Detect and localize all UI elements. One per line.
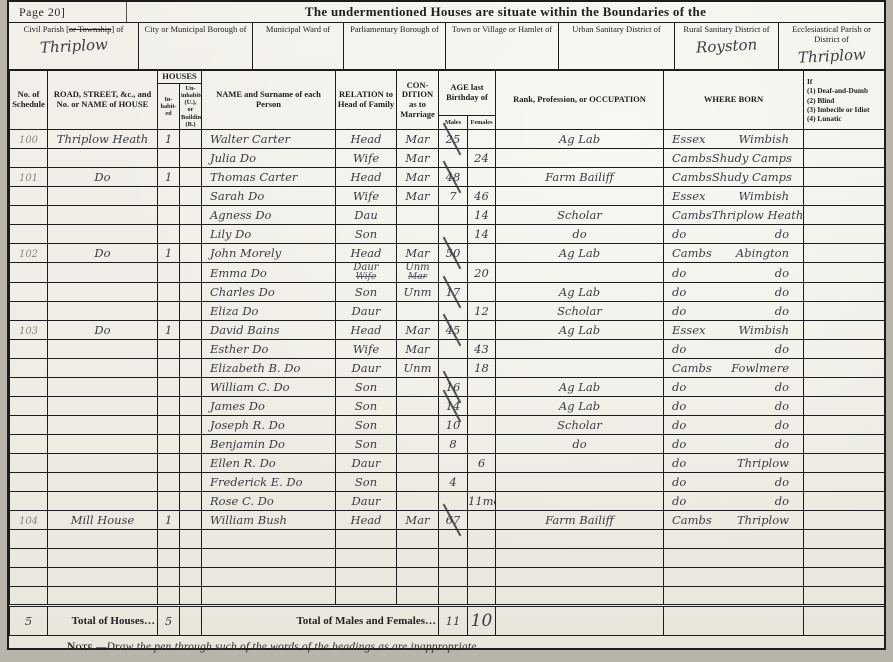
cell-disability	[804, 359, 885, 378]
cell-houses-uninhabited	[180, 568, 202, 587]
cell-age-female: 6	[468, 454, 496, 473]
cell-where-born	[664, 549, 804, 568]
handwritten-ecclesiastical-parish: Thriplow	[797, 45, 866, 67]
cell-where-born: CambsThriplow Heath	[664, 206, 804, 225]
where-born-parts: EssexWimbish	[664, 132, 803, 146]
cell-road-house	[48, 530, 158, 549]
cell-houses-uninhabited	[180, 225, 202, 244]
cell-relation: Wife	[336, 149, 397, 168]
cell-relation: Son	[336, 397, 397, 416]
cell-houses-inhabited	[158, 149, 180, 168]
cell-houses-inhabited	[158, 283, 180, 302]
born-county: Cambs	[672, 208, 712, 222]
handwritten-text: Daur	[352, 361, 381, 375]
cell-age-female: 12	[468, 302, 496, 321]
cell-schedule-number: 104	[10, 511, 48, 530]
cell-relation: Son	[336, 225, 397, 244]
cell-occupation: Ag Lab	[496, 378, 664, 397]
where-born-parts: CambsShudy Camps	[664, 170, 803, 184]
handwritten-text: Unm	[403, 361, 431, 375]
cell-age-female: 11mo	[468, 492, 496, 511]
where-born-parts: CambsThriplow	[664, 513, 803, 527]
cell-schedule-number	[10, 378, 48, 397]
where-born-parts: dodo	[664, 285, 803, 299]
cell-schedule-number	[10, 473, 48, 492]
handwritten-text: James Do	[210, 399, 265, 413]
cell-road-house	[48, 263, 158, 283]
handwritten-text: 104	[19, 516, 38, 527]
boundary-label: Parliamentary Borough of	[350, 25, 439, 35]
cell-schedule-number	[10, 302, 48, 321]
cell-age-male	[439, 149, 468, 168]
cell-age-male	[439, 359, 468, 378]
cell-age-female	[468, 587, 496, 606]
cell-road-house	[48, 359, 158, 378]
handwritten-text: 14	[474, 227, 489, 241]
handwritten-text: Farm Bailiff	[545, 170, 614, 184]
handwritten-text: 8	[449, 437, 456, 451]
handwritten-text: 48	[446, 170, 461, 184]
where-born-parts: CambsAbington	[664, 246, 803, 260]
cell-age-male: 50	[439, 244, 468, 263]
col-header-inhabited: In-habit-ed	[158, 83, 180, 129]
handwritten-text: 11mo	[468, 494, 496, 508]
handwritten-text: Ag Lab	[559, 285, 600, 299]
cell-disability	[804, 397, 885, 416]
handwritten-text: Ag Lab	[559, 132, 600, 146]
cell-person-name	[202, 568, 336, 587]
boundary-label: Civil Parish [or Township] of	[24, 25, 124, 35]
born-place: Thriplow	[737, 456, 789, 470]
cell-occupation	[496, 263, 664, 283]
cell-condition	[397, 454, 439, 473]
cell-houses-uninhabited	[180, 549, 202, 568]
footer-note: Note.—Draw the pen through such of the w…	[9, 636, 884, 653]
cell-condition	[397, 225, 439, 244]
cell-condition	[397, 378, 439, 397]
born-place: Thriplow Heath	[712, 208, 803, 222]
cell-road-house	[48, 549, 158, 568]
cell-occupation: Scholar	[496, 206, 664, 225]
handwritten-text: Head	[350, 246, 381, 260]
cell-houses-uninhabited	[180, 530, 202, 549]
cell-person-name: Rose C. Do	[202, 492, 336, 511]
handwritten-text: Elizabeth B. Do	[210, 361, 300, 375]
label-post: ] of	[111, 24, 123, 34]
born-county: Essex	[672, 189, 706, 203]
cell-houses-inhabited: 1	[158, 244, 180, 263]
cell-relation: Head	[336, 130, 397, 149]
top-strip: Page 20] The undermentioned Houses are s…	[9, 2, 884, 23]
cell-disability	[804, 149, 885, 168]
cell-person-name: Benjamin Do	[202, 435, 336, 454]
cell-road-house: Thriplow Heath	[48, 130, 158, 149]
cell-condition: Unm	[397, 359, 439, 378]
boundary-ecclesiastical-parish: Ecclesiastical Parish or District of Thr…	[779, 23, 884, 69]
handwritten-text: 103	[19, 326, 38, 337]
total-females-value: 10	[468, 606, 496, 636]
born-county: do	[672, 437, 686, 451]
cell-road-house	[48, 225, 158, 244]
handwritten-text: Head	[350, 323, 381, 337]
cell-houses-uninhabited	[180, 130, 202, 149]
handwritten-text: 14	[474, 208, 489, 222]
boundary-label: Municipal Ward of	[266, 25, 330, 35]
cell-relation: Son	[336, 416, 397, 435]
cell-schedule-number: 103	[10, 321, 48, 340]
disability-line: (3) Imbecile or Idiot	[807, 105, 883, 114]
cell-age-male	[439, 206, 468, 225]
cell-age-male: 8	[439, 435, 468, 454]
cell-occupation	[496, 549, 664, 568]
cell-age-male	[439, 549, 468, 568]
page-number-label: Page 20]	[9, 2, 127, 22]
col-header-schedule: No. of Schedule	[10, 71, 48, 130]
cell-disability	[804, 416, 885, 435]
born-place: Wimbish	[738, 189, 789, 203]
handwritten-text: 6	[478, 456, 485, 470]
cell-road-house	[48, 340, 158, 359]
handwritten-text: Do	[94, 323, 110, 337]
born-county: do	[672, 494, 686, 508]
handwritten-text: do	[572, 437, 586, 451]
cell-road-house	[48, 473, 158, 492]
boundary-civil-parish: Civil Parish [or Township] of Thriplow	[9, 23, 139, 69]
cell-person-name: Frederick E. Do	[202, 473, 336, 492]
cell-houses-inhabited: 1	[158, 168, 180, 187]
born-county: do	[672, 475, 686, 489]
document-title: The undermentioned Houses are situate wi…	[127, 4, 884, 20]
cell-occupation: Scholar	[496, 302, 664, 321]
cell-houses-inhabited: 1	[158, 321, 180, 340]
cell-where-born	[664, 587, 804, 606]
handwritten-text: John Morely	[210, 246, 281, 260]
born-county: Cambs	[672, 361, 712, 375]
table-row: Eliza DoDaur12Scholardodo	[10, 302, 885, 321]
born-place: Shudy Camps	[712, 170, 792, 184]
handwritten-text: David Bains	[210, 323, 280, 337]
cell-person-name: Ellen R. Do	[202, 454, 336, 473]
cell-relation: Son	[336, 283, 397, 302]
handwritten-text: Esther Do	[210, 342, 268, 356]
handwritten-text: 1	[165, 513, 172, 527]
cell-age-female	[468, 168, 496, 187]
handwritten-text: 20	[474, 266, 489, 280]
cell-schedule-number	[10, 435, 48, 454]
cell-road-house	[48, 454, 158, 473]
cell-where-born	[664, 568, 804, 587]
cell-schedule-number: 101	[10, 168, 48, 187]
cell-houses-inhabited	[158, 473, 180, 492]
handwritten-text: Wife	[353, 151, 379, 165]
cell-condition: Mar	[397, 244, 439, 263]
handwritten-text: Farm Bailiff	[545, 513, 614, 527]
handwritten-text: Sarah Do	[210, 189, 264, 203]
boundary-municipal-ward: Municipal Ward of	[253, 23, 344, 69]
born-place: do	[775, 285, 789, 299]
cell-relation: Wife	[336, 187, 397, 206]
born-place: do	[775, 475, 789, 489]
cell-condition: Mar	[397, 340, 439, 359]
handwritten-text: Charles Do	[210, 285, 275, 299]
col-header-road: ROAD, STREET, &c., and No. or NAME of HO…	[48, 71, 158, 130]
born-place: Wimbish	[738, 132, 789, 146]
cell-schedule-number	[10, 454, 48, 473]
cell-age-female	[468, 378, 496, 397]
disability-line: (2) Blind	[807, 96, 883, 105]
col-header-name: NAME and Surname of each Person	[202, 71, 336, 130]
cell-occupation	[496, 359, 664, 378]
handwritten-text: Rose C. Do	[210, 494, 274, 508]
handwritten-text: Wife	[353, 189, 379, 203]
cell-houses-inhabited	[158, 549, 180, 568]
handwritten-text: William C. Do	[210, 380, 290, 394]
cell-houses-uninhabited	[180, 416, 202, 435]
cell-houses-uninhabited	[180, 587, 202, 606]
handwritten-text: Daur	[352, 456, 381, 470]
handwritten-text: Head	[350, 513, 381, 527]
handwritten-text: 50	[446, 246, 461, 260]
cell-houses-inhabited	[158, 225, 180, 244]
cell-age-female	[468, 530, 496, 549]
handwritten-text: Lily Do	[210, 227, 251, 241]
cell-person-name: Sarah Do	[202, 187, 336, 206]
handwritten-text: 43	[474, 342, 489, 356]
col-header-occupation: Rank, Profession, or OCCUPATION	[496, 71, 664, 130]
empty-cell	[664, 606, 804, 636]
cell-houses-inhabited: 1	[158, 511, 180, 530]
handwritten-text: 101	[19, 173, 38, 184]
table-row: Benjamin DoSon8dododo	[10, 435, 885, 454]
handwritten-civil-parish: Thriplow	[39, 35, 108, 57]
table-row: Rose C. DoDaur11mododo	[10, 492, 885, 511]
cell-houses-inhabited	[158, 206, 180, 225]
cell-occupation: Scholar	[496, 416, 664, 435]
born-place: do	[775, 227, 789, 241]
empty-cell	[496, 606, 664, 636]
cell-where-born: dodo	[664, 416, 804, 435]
table-row: Julia DoWifeMar24CambsShudy Camps	[10, 149, 885, 168]
handwritten-text: Eliza Do	[210, 304, 258, 318]
cell-condition: Mar	[397, 321, 439, 340]
table-header: No. of Schedule ROAD, STREET, &c., and N…	[10, 71, 885, 130]
cell-person-name	[202, 530, 336, 549]
totals-row: 5 Total of Houses… 5 Total of Males and …	[10, 606, 885, 636]
total-of-houses-label: Total of Houses…	[48, 606, 158, 636]
handwritten-text: 25	[446, 132, 461, 146]
handwritten-text: Wife	[353, 342, 379, 356]
disability-line: (1) Deaf-and-Dumb	[807, 86, 883, 95]
born-place: do	[775, 304, 789, 318]
cell-age-male	[439, 492, 468, 511]
cell-occupation: Ag Lab	[496, 244, 664, 263]
table-row	[10, 549, 885, 568]
cell-age-male	[439, 340, 468, 359]
handwritten-text: Do	[94, 170, 110, 184]
boundary-label: City or Municipal Borough of	[145, 25, 247, 35]
handwritten-text: Daur	[352, 494, 381, 508]
table-row	[10, 587, 885, 606]
cell-where-born: EssexWimbish	[664, 321, 804, 340]
table-row: William C. DoSon16Ag Labdodo	[10, 378, 885, 397]
cell-disability	[804, 168, 885, 187]
cell-age-male: 7	[439, 187, 468, 206]
cell-houses-uninhabited	[180, 511, 202, 530]
cell-person-name: Agness Do	[202, 206, 336, 225]
cell-age-male	[439, 568, 468, 587]
cell-schedule-number: 102	[10, 244, 48, 263]
where-born-parts: dodo	[664, 399, 803, 413]
cell-schedule-number	[10, 283, 48, 302]
cell-age-male: 16	[439, 378, 468, 397]
boundary-parliamentary-borough: Parliamentary Borough of	[344, 23, 446, 69]
cell-schedule-number	[10, 359, 48, 378]
cell-disability	[804, 130, 885, 149]
cell-occupation: Ag Lab	[496, 397, 664, 416]
cell-age-female	[468, 511, 496, 530]
cell-age-male	[439, 587, 468, 606]
cell-houses-uninhabited	[180, 187, 202, 206]
cell-occupation	[496, 530, 664, 549]
boundary-town-village: Town or Village or Hamlet of	[446, 23, 559, 69]
cell-road-house	[48, 416, 158, 435]
handwritten-text: 4	[449, 475, 456, 489]
handwritten-text: 18	[474, 361, 489, 375]
handwritten-text: 45	[446, 323, 461, 337]
cell-relation: Daur	[336, 359, 397, 378]
cell-age-male: 17	[439, 283, 468, 302]
handwritten-text: 16	[446, 380, 461, 394]
cell-age-male	[439, 454, 468, 473]
where-born-parts: CambsFowlmere	[664, 361, 803, 375]
cell-relation: Dau	[336, 206, 397, 225]
cell-houses-inhabited	[158, 454, 180, 473]
handwritten-text: 1	[165, 170, 172, 184]
where-born-parts: doThriplow	[664, 456, 803, 470]
where-born-parts: dodo	[664, 227, 803, 241]
cell-relation	[336, 568, 397, 587]
cell-condition: Mar	[397, 130, 439, 149]
born-county: Cambs	[672, 513, 712, 527]
table-row	[10, 568, 885, 587]
cell-where-born	[664, 530, 804, 549]
cell-where-born: CambsThriplow	[664, 511, 804, 530]
note-prefix: Note.	[67, 641, 96, 653]
handwritten-text: William Bush	[210, 513, 287, 527]
cell-age-female	[468, 549, 496, 568]
cell-disability	[804, 568, 885, 587]
cell-relation: Head	[336, 321, 397, 340]
cell-houses-uninhabited	[180, 283, 202, 302]
cell-occupation	[496, 473, 664, 492]
born-county: do	[672, 266, 686, 280]
cell-houses-uninhabited	[180, 244, 202, 263]
cell-houses-uninhabited	[180, 168, 202, 187]
cell-schedule-number: 100	[10, 130, 48, 149]
handwritten-text: Agness Do	[210, 208, 271, 222]
cell-relation: Wife	[336, 340, 397, 359]
cell-road-house: Do	[48, 168, 158, 187]
where-born-parts: CambsShudy Camps	[664, 151, 803, 165]
cell-road-house: Mill House	[48, 511, 158, 530]
cell-condition	[397, 473, 439, 492]
where-born-parts: EssexWimbish	[664, 189, 803, 203]
handwritten-text: 1	[165, 132, 172, 146]
cell-houses-inhabited	[158, 587, 180, 606]
boundary-urban-sanitary: Urban Sanitary District of	[559, 23, 675, 69]
born-place: do	[775, 266, 789, 280]
where-born-parts: dodo	[664, 342, 803, 356]
cell-occupation: Farm Bailiff	[496, 168, 664, 187]
cell-condition: UnmMar	[397, 263, 439, 283]
handwritten-text: Mar	[405, 342, 429, 356]
cell-occupation: do	[496, 225, 664, 244]
cell-person-name	[202, 587, 336, 606]
cell-relation: Head	[336, 168, 397, 187]
corrected-entry: UnmMar	[397, 263, 438, 282]
census-sheet: Page 20] The undermentioned Houses are s…	[7, 0, 886, 650]
handwritten-text: Ag Lab	[559, 323, 600, 337]
cell-age-female	[468, 283, 496, 302]
cell-person-name: Joseph R. Do	[202, 416, 336, 435]
handwritten-text: Son	[355, 399, 377, 413]
cell-condition: Mar	[397, 149, 439, 168]
cell-condition	[397, 206, 439, 225]
cell-road-house	[48, 397, 158, 416]
cell-houses-uninhabited	[180, 435, 202, 454]
cell-disability	[804, 378, 885, 397]
born-county: do	[672, 399, 686, 413]
cell-person-name: Charles Do	[202, 283, 336, 302]
boundary-header-row: Civil Parish [or Township] of Thriplow C…	[9, 23, 884, 70]
empty-cell	[804, 606, 885, 636]
label-struck: or Township	[69, 24, 111, 34]
cell-road-house	[48, 187, 158, 206]
cell-road-house	[48, 492, 158, 511]
cell-houses-inhabited	[158, 435, 180, 454]
handwritten-text: Scholar	[557, 418, 602, 432]
handwritten-text: Ag Lab	[559, 246, 600, 260]
cell-condition	[397, 530, 439, 549]
born-place: Wimbish	[738, 323, 789, 337]
cell-age-female	[468, 416, 496, 435]
cell-occupation	[496, 492, 664, 511]
cell-houses-inhabited	[158, 492, 180, 511]
cell-houses-inhabited	[158, 416, 180, 435]
handwritten-text: Benjamin Do	[210, 437, 285, 451]
cell-houses-inhabited: 1	[158, 130, 180, 149]
cell-age-female: 20	[468, 263, 496, 283]
table-row: Ellen R. DoDaur6doThriplow	[10, 454, 885, 473]
cell-road-house	[48, 302, 158, 321]
handwritten-text: Son	[355, 227, 377, 241]
cell-occupation: Ag Lab	[496, 283, 664, 302]
cell-condition	[397, 549, 439, 568]
cell-where-born: dodo	[664, 378, 804, 397]
table-row	[10, 530, 885, 549]
cell-age-female: 14	[468, 225, 496, 244]
cell-disability	[804, 263, 885, 283]
cell-where-born: dodo	[664, 263, 804, 283]
cell-houses-inhabited	[158, 568, 180, 587]
cell-age-female	[468, 244, 496, 263]
cell-relation: Son	[336, 435, 397, 454]
cell-where-born: dodo	[664, 397, 804, 416]
cell-houses-uninhabited	[180, 302, 202, 321]
table-row: Esther DoWifeMar43dodo	[10, 340, 885, 359]
cell-schedule-number	[10, 206, 48, 225]
boundary-label: Rural Sanitary District of	[683, 25, 769, 35]
